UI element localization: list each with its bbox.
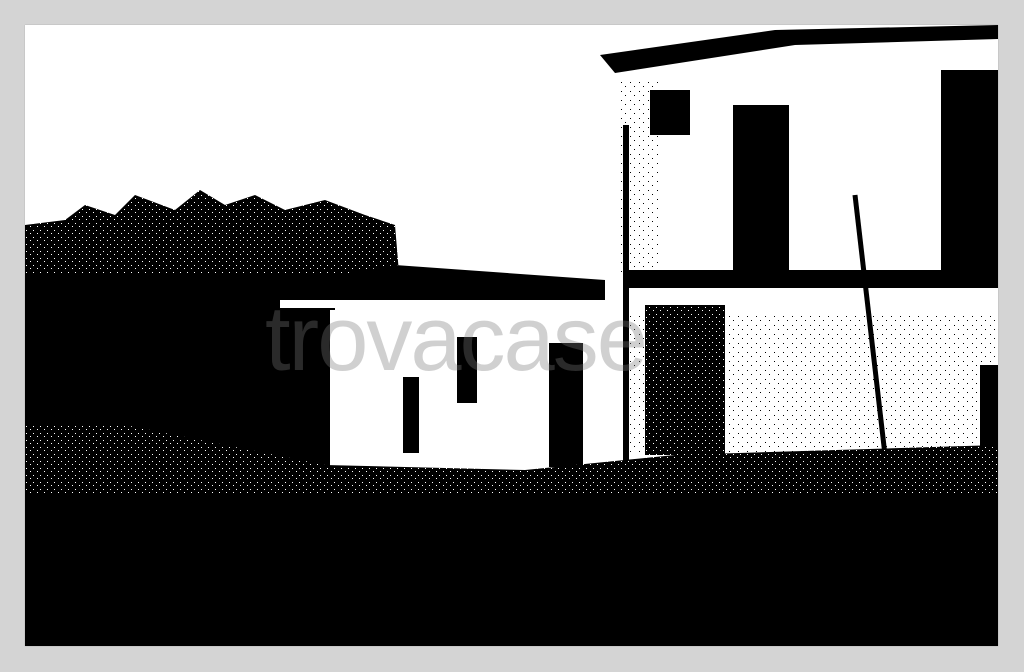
listing-photo: trovacase <box>25 25 998 646</box>
watermark-text: trovacase <box>265 287 646 392</box>
